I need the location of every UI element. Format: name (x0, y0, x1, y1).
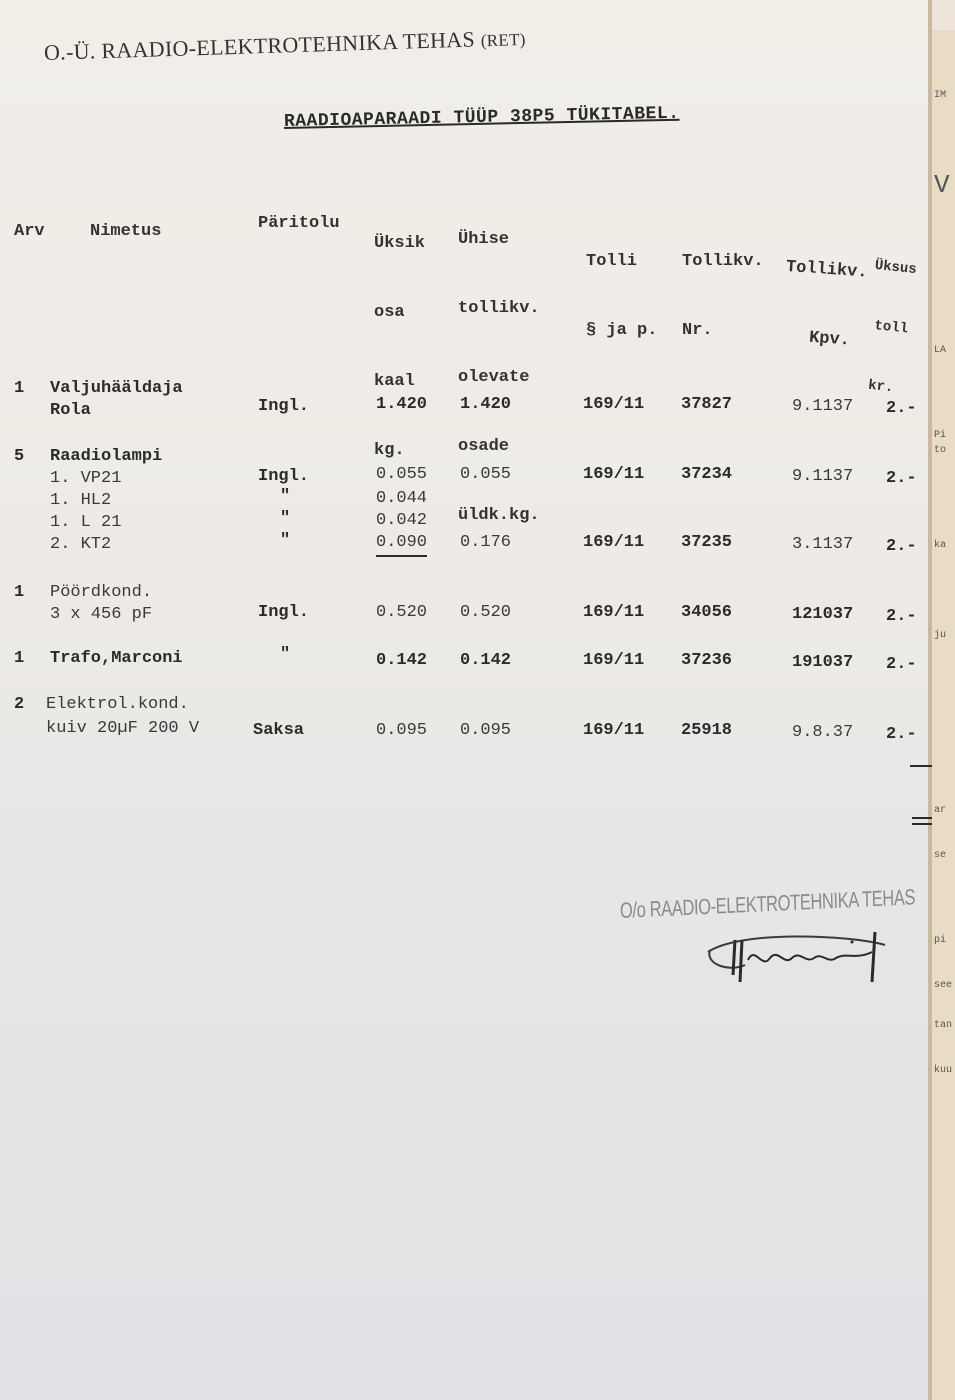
col-header-uhise: Ühise tollikv. olevate osade üldk.kg. (458, 182, 540, 550)
adjacent-fragment: see (934, 980, 952, 991)
subitem-nimetus: 2. KT2 (50, 534, 111, 557)
row-uhise: 0.095 (460, 720, 511, 743)
row-nr: 37827 (681, 394, 732, 417)
row-kr: 2.- (886, 654, 917, 677)
header-line: olevate (458, 366, 540, 389)
total-double-rule (912, 817, 932, 819)
adjacent-fragment: pi (934, 935, 946, 946)
row-nr: 34056 (681, 602, 732, 625)
header-line: Tolli (586, 250, 657, 273)
row-tolli: 169/11 (583, 602, 644, 625)
subitem-kr: 2.- (886, 468, 917, 491)
row-kr: 2.- (886, 606, 917, 629)
subitem-nimetus: 1. L 21 (50, 512, 121, 535)
subitem-kr: 2.- (886, 536, 917, 559)
header-line: toll (867, 315, 911, 339)
header-line: Tollikv. (682, 250, 764, 273)
row-uksik: 0.095 (376, 720, 427, 743)
row-arv: 2 (14, 694, 24, 717)
row-uhise: 1.420 (460, 394, 511, 417)
col-header-tolli: Tolli § ja p. (586, 204, 657, 365)
header-line: üldk.kg. (458, 504, 540, 527)
row-kpv: 9.1137 (792, 396, 853, 419)
col-header-tollikv-kpv: Tollikv. Kpv. (779, 210, 872, 376)
row-tolli: 169/11 (583, 650, 644, 673)
row-nimetus: Trafo,Marconi (50, 648, 183, 671)
signature-icon (700, 920, 900, 990)
subitem-nr: 37234 (681, 464, 732, 487)
col-header-paritolu: Päritolu (258, 212, 340, 235)
row-paritolu: Saksa (253, 720, 304, 743)
row-kpv: 191037 (792, 652, 853, 675)
adjacent-fragment: tan (934, 1020, 952, 1031)
row-nimetus-sub: 3 x 456 pF (50, 604, 152, 627)
subitem-nimetus: 1. VP21 (50, 468, 121, 491)
adjacent-fragment: Pi (934, 430, 946, 441)
adjacent-fragment: LA (934, 345, 946, 356)
row-uksik: 0.142 (376, 650, 427, 673)
row-nr: 25918 (681, 720, 732, 743)
header-line: kr. (861, 375, 905, 399)
header-line: Kpv. (780, 325, 863, 354)
col-header-arv: Arv (14, 220, 45, 243)
header-line: § ja p. (586, 319, 657, 342)
subitem-tolli: 169/11 (583, 464, 644, 487)
row-paritolu: " (280, 644, 290, 667)
row-nimetus-sub: Rola (50, 400, 91, 423)
adjacent-fragment: kuu (934, 1065, 952, 1076)
subitem-nimetus: 1. HL2 (50, 490, 111, 513)
subitem-kpv: 9.1137 (792, 466, 853, 489)
subitem-paritolu: " (280, 508, 290, 531)
row-arv: 1 (14, 648, 24, 671)
company-abbrev: (RET) (480, 30, 526, 50)
row-uhise: 0.142 (460, 650, 511, 673)
subitem-uhise: 0.055 (460, 464, 511, 487)
adjacent-fragment: se (934, 850, 946, 861)
header-line: Üksus (874, 256, 918, 280)
adjacent-fragment: ka (934, 540, 946, 551)
subitem-nr: 37235 (681, 532, 732, 555)
row-tolli: 169/11 (583, 394, 644, 417)
row-nimetus: Pöördkond. (50, 582, 152, 605)
row-arv: 1 (14, 378, 24, 401)
col-header-nimetus: Nimetus (90, 220, 161, 243)
subitem-uksik: 0.090 (376, 532, 427, 557)
row-nimetus: Elektrol.kond. (46, 694, 189, 717)
row-uksik: 1.420 (376, 394, 427, 417)
subitem-kpv: 3.1137 (792, 534, 853, 557)
adjacent-fragment: ar (934, 805, 946, 816)
header-line: tollikv. (458, 297, 540, 320)
adjacent-page: IM V LA Pi to ka ju ar se pi see tan kuu (932, 30, 955, 1400)
header-line: Ühise (458, 228, 540, 251)
adjacent-fragment: V (934, 170, 950, 200)
subitem-tolli: 169/11 (583, 532, 644, 555)
header-line: Nr. (682, 319, 764, 342)
subitem-uksik: 0.042 (376, 510, 427, 533)
row-kr: 2.- (886, 724, 917, 747)
total-double-rule (912, 823, 932, 825)
row-kr: 2.- (886, 398, 917, 421)
row-kpv: 9.8.37 (792, 722, 853, 745)
adjacent-fragment: IM (934, 90, 946, 101)
col-header-uksik: Üksik osa kaal kg. (374, 186, 425, 485)
row-arv: 1 (14, 582, 24, 605)
row-uksik: 0.520 (376, 602, 427, 625)
row-nimetus: Valjuhääldaja (50, 378, 183, 401)
adjacent-fragment: ju (934, 630, 946, 641)
header-line: Tollikv. (785, 256, 868, 285)
subitem-paritolu: " (280, 486, 290, 509)
header-line: osade (458, 435, 540, 458)
row-tolli: 169/11 (583, 720, 644, 743)
row-nr: 37236 (681, 650, 732, 673)
row-paritolu: Ingl. (258, 602, 309, 625)
subitem-uksik: 0.055 (376, 464, 427, 487)
adjacent-fragment: to (934, 445, 946, 456)
subitem-uksik: 0.044 (376, 488, 427, 511)
col-header-tollikv-nr: Tollikv. Nr. (682, 204, 764, 365)
subitem-uhise: 0.176 (460, 532, 511, 555)
total-rule (910, 765, 932, 767)
header-line: kaal (374, 370, 425, 393)
header-line: kg. (374, 439, 425, 462)
row-nimetus-sub: kuiv 20µF 200 V (46, 718, 199, 741)
row-arv: 5 (14, 446, 24, 469)
subitem-paritolu: " (280, 530, 290, 553)
header-line: osa (374, 301, 425, 324)
row-paritolu: Ingl. (258, 396, 309, 419)
row-uhise: 0.520 (460, 602, 511, 625)
header-line: Üksik (374, 232, 425, 255)
row-nimetus: Raadiolampi (50, 446, 162, 469)
row-kpv: 121037 (792, 604, 853, 627)
